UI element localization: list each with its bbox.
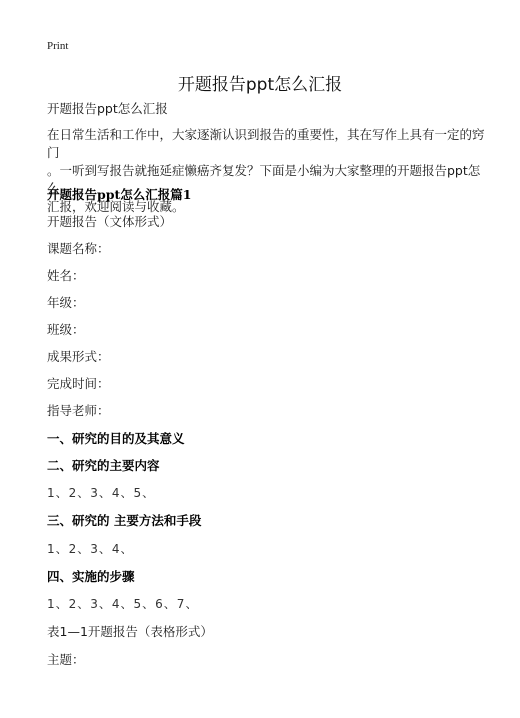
- field-label: 年级：: [47, 295, 85, 311]
- print-link[interactable]: Print: [47, 40, 68, 52]
- section-heading: 三、研究的 主要方法和手段: [47, 513, 201, 529]
- section-heading: 四、实施的步骤: [47, 569, 135, 585]
- section-heading: 二、研究的主要内容: [47, 458, 160, 474]
- section-heading: 一、研究的目的及其意义: [47, 431, 185, 447]
- field-label: 姓名：: [47, 268, 85, 284]
- form-title: 开题报告（文体形式）: [47, 214, 172, 230]
- field-label: 指导老师：: [47, 403, 110, 419]
- document-subtitle: 开题报告ppt怎么汇报: [47, 101, 168, 117]
- numbered-items: 1、2、3、4、5、6、7、: [47, 596, 198, 612]
- numbered-items: 1、2、3、4、: [47, 541, 134, 557]
- field-label: 课题名称：: [47, 241, 110, 257]
- table-caption: 表1—1开题报告（表格形式）: [47, 624, 213, 640]
- numbered-items: 1、2、3、4、5、: [47, 485, 155, 501]
- field-label: 完成时间：: [47, 376, 110, 392]
- field-label: 成果形式：: [47, 349, 110, 365]
- section-heading: 开题报告ppt怎么汇报篇1: [47, 187, 191, 203]
- topic-label: 主题：: [47, 652, 85, 668]
- field-label: 班级：: [47, 322, 85, 338]
- intro-line: 在日常生活和工作中，大家逐渐认识到报告的重要性，其在写作上具有一定的窍门: [47, 126, 487, 162]
- document-title: 开题报告ppt怎么汇报: [0, 70, 520, 95]
